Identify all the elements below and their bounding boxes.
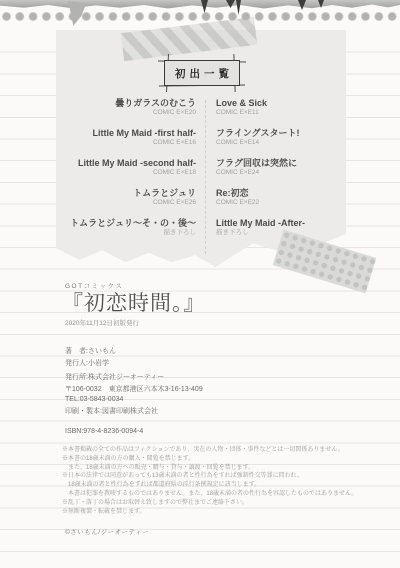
credit-line: 発行所:株式会社ジーオーティー — [65, 372, 203, 384]
disclaimer-line: 本書は犯罪を教唆するものではありません。また、18歳未満の者の性行為を容認したも… — [62, 491, 392, 498]
list-item: フラグ回収は突然に COMIC E×E24 — [216, 158, 340, 180]
disclaimer-line: 18歳未満の者と性行為をすれば都道府県の淫行条例規定に該当します。 — [62, 482, 392, 489]
work-title: フラグ回収は突然に — [216, 158, 340, 169]
work-source: COMIC E×E24 — [216, 169, 340, 177]
work-source: 描き下ろし — [64, 229, 196, 237]
credit-line: 発行人:小岩学 — [65, 358, 116, 370]
copyright-notice: ©さいもん/ジーオーティー — [65, 527, 149, 536]
work-source: COMIC E×E11 — [216, 109, 340, 117]
disclaimer-line: ※本書掲載の全ての作品はフィクションであり、実在の人物・団体・事件などとは一切関… — [62, 447, 392, 454]
disclaimer-line: ※本書の18歳未満の方の購入・閲覧を禁じます。 — [62, 456, 392, 463]
work-title: トムラとジュリ〜そ・の・後〜 — [64, 218, 196, 229]
work-source: COMIC E×E18 — [64, 169, 196, 177]
first-publication-title-frame: 初出一覧 — [164, 60, 240, 86]
credits-group-publisher: 発行所:株式会社ジーオーティー 〒106-0032 東京都港区六本木3-16-1… — [65, 372, 203, 395]
credit-line: 著 者:さいもん — [65, 346, 116, 358]
work-title: Little My Maid -first half- — [64, 128, 196, 139]
work-title: Love & Sick — [216, 98, 340, 109]
disclaimer-block: ※本書掲載の全ての作品はフィクションであり、実在の人物・団体・事件などとは一切関… — [62, 447, 392, 517]
list-item: トムラとジュリ COMIC E×E26 — [64, 188, 196, 210]
first-publication-title: 初出一覧 — [171, 66, 233, 81]
disclaimer-line: ※日本の法律では同意があっても13歳未満の者と性行為をすれば強制性交等罪に問われ… — [62, 473, 392, 480]
credit-line: 印刷・製本:図書印刷株式会社 — [65, 406, 158, 418]
first-publication-title-box: 初出一覧 — [164, 60, 240, 86]
list-item: Little My Maid -After- 描き下ろし — [216, 218, 340, 240]
list-item: フライングスタート! COMIC E×E14 — [216, 128, 340, 150]
credit-line: TEL:03-5843-0034 — [65, 394, 158, 406]
list-item: トムラとジュリ〜そ・の・後〜 描き下ろし — [64, 218, 196, 240]
work-title: トムラとジュリ — [64, 188, 196, 199]
work-source: COMIC E×E16 — [64, 139, 196, 147]
credits-group-printing: TEL:03-5843-0034 印刷・製本:図書印刷株式会社 — [65, 394, 158, 417]
list-item: Love & Sick COMIC E×E11 — [216, 98, 340, 120]
publication-column-left: 曇りガラスのむこう COMIC E×E20 Little My Maid -fi… — [64, 98, 196, 248]
work-title: フライングスタート! — [216, 128, 340, 139]
work-source: COMIC E×E22 — [216, 199, 340, 207]
credits-group-author: 著 者:さいもん 発行人:小岩学 — [65, 346, 116, 369]
work-title: 曇りガラスのむこう — [64, 98, 196, 109]
publication-column-right: Love & Sick COMIC E×E11 フライングスタート! COMIC… — [216, 98, 340, 248]
book-title: 『初恋時間。』 — [62, 287, 206, 317]
list-item: Little My Maid -first half- COMIC E×E16 — [64, 128, 196, 150]
work-title: Re:初恋 — [216, 188, 340, 199]
spiral-binding-holes — [0, 10, 400, 23]
column-divider — [205, 100, 206, 254]
colophon-page: 初出一覧 曇りガラスのむこう COMIC E×E20 Little My Mai… — [0, 0, 400, 568]
work-source: 描き下ろし — [216, 229, 340, 237]
work-source: COMIC E×E26 — [64, 199, 196, 207]
list-item: 曇りガラスのむこう COMIC E×E20 — [64, 98, 196, 120]
work-title: Little My Maid -second half- — [64, 158, 196, 169]
work-source: COMIC E×E14 — [216, 139, 340, 147]
torn-paper-edge — [0, 0, 400, 9]
work-title: Little My Maid -After- — [216, 218, 340, 229]
disclaimer-line: ※無断複製・転載を禁じます。 — [62, 509, 392, 516]
list-item: Re:初恋 COMIC E×E22 — [216, 188, 340, 210]
disclaimer-line: また、18歳未満の方への販売・贈与・貸与・譲渡・回覧を禁じます。 — [62, 465, 392, 472]
isbn: ISBN:978-4-8236-0094-4 — [65, 428, 143, 435]
disclaimer-line: ※乱丁・落丁の場合はお取替え致しますので弊社までご連絡下さい。 — [62, 500, 392, 507]
edition-date: 2020年11月12日初版発行 — [65, 318, 139, 327]
work-source: COMIC E×E20 — [64, 109, 196, 117]
list-item: Little My Maid -second half- COMIC E×E18 — [64, 158, 196, 180]
